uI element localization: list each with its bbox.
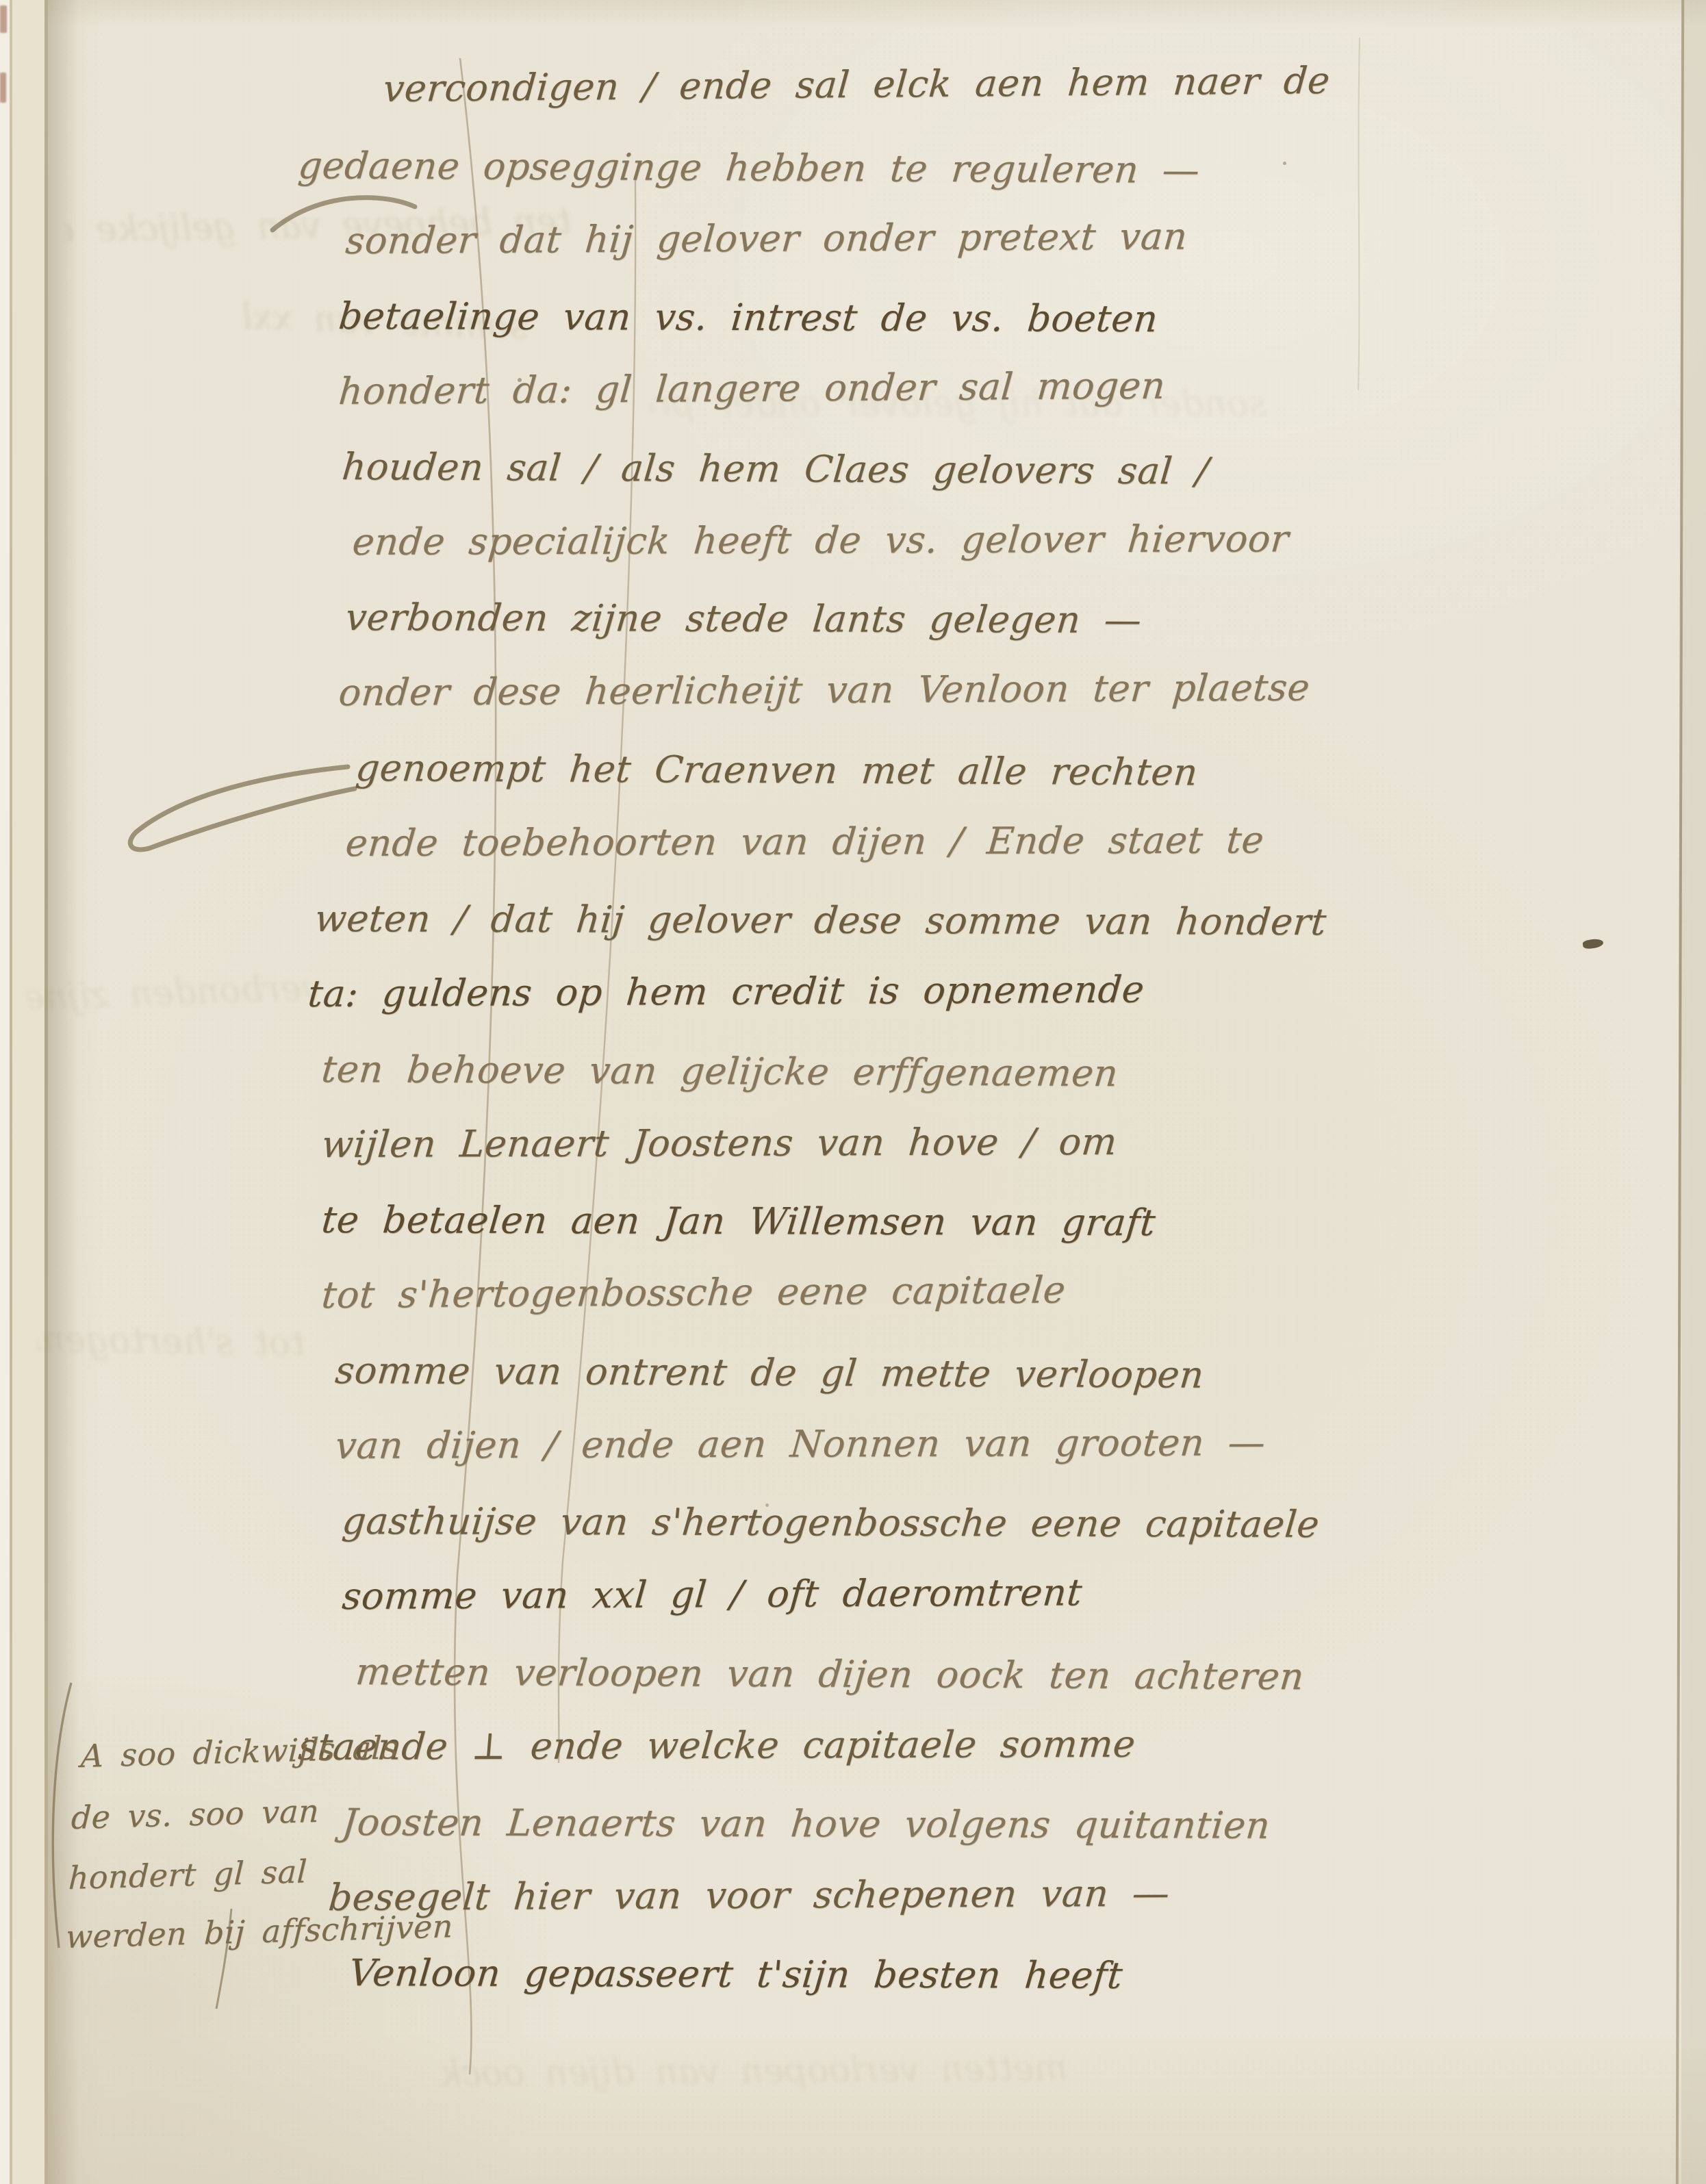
text-line: wijlen Lenaert Joostens van hove / om	[320, 1121, 1119, 1165]
margin-note-line: hondert gl sal	[68, 1853, 308, 1896]
underlying-page-edge	[12, 0, 44, 2184]
text-line: metten verloopen van dijen oock ten acht…	[354, 1651, 1306, 1697]
text-line: houden sal / als hem Claes gelovers sal …	[340, 446, 1210, 492]
text-line: somme van ontrent de gl mette verloopen	[333, 1350, 1206, 1395]
manuscript-photo: ten behoeve van gelijcke erffgenaemen so…	[0, 0, 1706, 2184]
gutter-shadow	[48, 0, 79, 2184]
binding-fleck	[0, 5, 7, 33]
text-line: ende specialijck heeft de vs. gelover hi…	[351, 518, 1290, 562]
ink-speck	[518, 378, 522, 382]
underlying-page-edge	[0, 0, 10, 2184]
text-line: somme van xxl gl / oft daeromtrent	[341, 1572, 1084, 1616]
text-line: vercondigen / ende sal elck aen hem naer…	[382, 60, 1332, 110]
text-line: gedaene opsegginge hebben te reguleren —	[296, 145, 1201, 190]
text-line: betaelinge van vs. intrest de vs. boeten	[337, 296, 1160, 340]
text-line: genoempt het Craenven met alle rechten	[354, 748, 1199, 793]
ink-speck	[1283, 162, 1286, 165]
ink-speck	[765, 1503, 769, 1507]
text-line: ta: guldens op hem credit is opnemende	[307, 969, 1146, 1015]
text-line: te betaelen aen Jan Willemsen van graft	[320, 1199, 1157, 1243]
text-line: Venloon gepasseert t'sijn besten heeft	[347, 1953, 1124, 1996]
binding-fleck	[0, 73, 6, 103]
text-line: weten / dat hij gelover dese somme van h…	[313, 898, 1328, 943]
next-page-sliver	[1681, 0, 1706, 2184]
text-line: ende toebehoorten van dijen / Ende staet…	[344, 820, 1266, 863]
text-line: staende ⊥ ende welcke capitaele somme	[297, 1724, 1138, 1768]
text-line: ten behoeve van gelijcke erffgenaemen	[320, 1049, 1120, 1093]
text-line: onder dese heerlicheijt van Venloon ter …	[338, 668, 1312, 713]
text-line: verbonden zijne stede lants gelegen —	[344, 597, 1143, 640]
text-line: Joosten Lenaerts van hove volgens quitan…	[340, 1802, 1272, 1846]
binding-gutter	[0, 0, 63, 2184]
text-line: hondert da: gl langere onder sal mogen	[338, 366, 1167, 412]
margin-note-line: de vs. soo van	[71, 1792, 320, 1836]
text-line: van dijen / ende aen Nonnen van grooten …	[334, 1422, 1267, 1466]
text-line: gasthuijse van s'hertogenbossche eene ca…	[340, 1501, 1321, 1545]
text-line: tot s'hertogenbossche eene capitaele	[320, 1269, 1067, 1315]
text-line: sonder dat hij gelover onder pretext van	[344, 216, 1189, 262]
